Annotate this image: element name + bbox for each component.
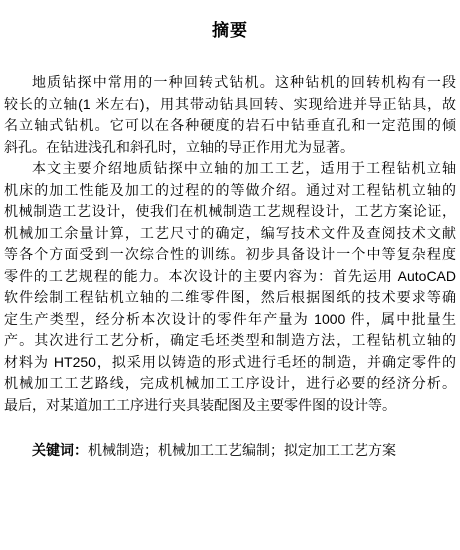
keywords-text: 机械制造；机械加工工艺编制；拟定加工工艺方案 xyxy=(88,442,396,458)
text-line: 名立轴式钻机。它可以在各种硬度的岩石中钻垂直孔和一定范围的倾 xyxy=(4,115,456,137)
text-line: 机械加工余量计算，工艺尺寸的确定，编写技术文件及查阅技术文献 xyxy=(4,223,456,245)
keywords-line: 关键词：机械制造；机械加工工艺编制；拟定加工工艺方案 xyxy=(4,440,456,462)
paragraph-main: 本文主要介绍地质钻探中立轴的加工工艺，适用于工程钻机立轴机床的加工性能及加工的过… xyxy=(4,158,456,416)
text-line: 机床的加工性能及加工的过程的的等做介绍。通过对工程钻机立轴的 xyxy=(4,180,456,202)
paragraph-intro: 地质钻探中常用的一种回转式钻机。这种钻机的回转机构有一段较长的立轴(1 米左右)… xyxy=(4,72,456,158)
text-line: 最后，对某道加工工序进行夹具装配图及主要零件图的设计等。 xyxy=(4,395,456,417)
keywords-label: 关键词： xyxy=(32,442,88,458)
text-line: 零件的工艺规程的能力。本次设计的主要内容为：首先运用 AutoCAD xyxy=(4,266,456,288)
text-line: 材料为 HT250，拟采用以铸造的形式进行毛坯的制造，并确定零件的 xyxy=(4,352,456,374)
text-line: 本文主要介绍地质钻探中立轴的加工工艺，适用于工程钻机立轴 xyxy=(4,158,456,180)
text-line: 等各个方面受到一次综合性的训练。初步具备设计一个中等复杂程度 xyxy=(4,244,456,266)
text-line: 软件绘制工程钻机立轴的二维零件图，然后根据图纸的技术要求等确 xyxy=(4,287,456,309)
text-line: 机械制造工艺设计，使我们在机械制造工艺规程设计，工艺方案论证， xyxy=(4,201,456,223)
text-line: 较长的立轴(1 米左右)，用其带动钻具回转、实现给进并导正钻具，故 xyxy=(4,94,456,116)
abstract-page: 摘要 地质钻探中常用的一种回转式钻机。这种钻机的回转机构有一段较长的立轴(1 米… xyxy=(0,0,460,550)
text-line: 机械加工工艺路线，完成机械加工工序设计，进行必要的经济分析。 xyxy=(4,373,456,395)
text-line: 定生产类型，经分析本次设计的零件年产量为 1000 件，属中批量生 xyxy=(4,309,456,331)
text-line: 产。其次进行工艺分析，确定毛坯类型和制造方法，工程钻机立轴的 xyxy=(4,330,456,352)
abstract-body: 地质钻探中常用的一种回转式钻机。这种钻机的回转机构有一段较长的立轴(1 米左右)… xyxy=(4,72,456,462)
text-line: 斜孔。在钻进浅孔和斜孔时，立轴的导正作用尤为显著。 xyxy=(4,137,456,159)
text-line: 地质钻探中常用的一种回转式钻机。这种钻机的回转机构有一段 xyxy=(4,72,456,94)
page-title: 摘要 xyxy=(4,22,456,39)
